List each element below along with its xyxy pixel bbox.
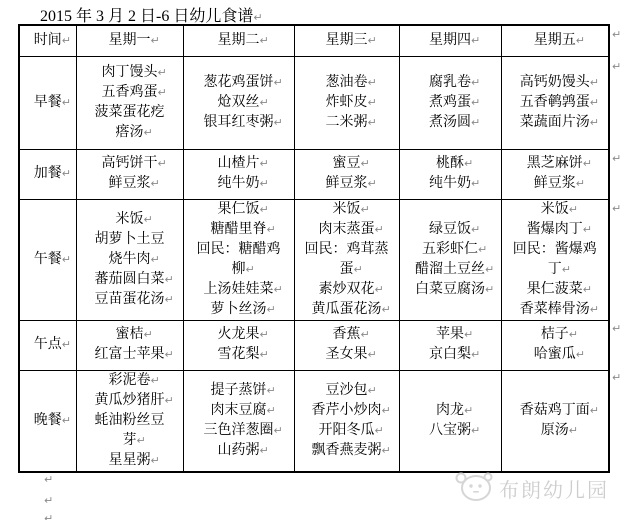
cell-morning-snack-tuesday: 山楂片↵纯牛奶↵ (183, 149, 294, 199)
cell-afternoon-snack-monday: 蜜桔↵红富士苹果↵ (76, 320, 183, 370)
header-row: 时间↵ 星期一↵ 星期二↵ 星期三↵ 星期四↵ 星期五↵ (19, 25, 609, 56)
cell-lunch-tuesday: 果仁饭↵糖醋里脊↵回民：糖醋鸡柳↵上汤娃娃菜↵萝卜丝汤↵ (183, 199, 294, 320)
row-lunch: 午餐↵ 米饭↵胡萝卜土豆烧牛肉↵蕃茄圆白菜↵豆苗蛋花汤↵ 果仁饭↵糖醋里脊↵回民… (19, 199, 609, 320)
header-thursday: 星期四↵ (399, 25, 501, 56)
paragraph-mark: ↵ (612, 28, 621, 41)
paragraph-mark: ↵ (44, 494, 53, 507)
cell-breakfast-thursday: 腐乳卷↵煮鸡蛋↵煮汤圆↵ (399, 56, 501, 149)
kindergarten-watermark: 布朗幼儿园 (499, 474, 609, 503)
meal-label-morning-snack: 加餐↵ (19, 149, 76, 199)
cell-breakfast-friday: 高钙奶馒头↵五香鹌鹑蛋↵菜蔬面片汤↵ (501, 56, 609, 149)
paragraph-mark: ↵ (44, 512, 53, 520)
cell-afternoon-snack-thursday: 苹果↵京白梨↵ (399, 320, 501, 370)
page-title-text: 2015 年 3 月 2 日-6 日幼儿食谱 (40, 8, 253, 25)
meal-label-breakfast: 早餐↵ (19, 56, 76, 149)
menu-table: 时间↵ 星期一↵ 星期二↵ 星期三↵ 星期四↵ 星期五↵ 早餐↵ 肉丁馒头↵五香… (18, 24, 610, 473)
cell-lunch-thursday: 绿豆饭↵五彩虾仁↵醋溜土豆丝↵白菜豆腐汤↵ (399, 199, 501, 320)
cell-afternoon-snack-tuesday: 火龙果↵雪花梨↵ (183, 320, 294, 370)
cell-morning-snack-friday: 黑芝麻饼↵鲜豆浆↵ (501, 149, 609, 199)
header-monday: 星期一↵ (76, 25, 183, 56)
paragraph-mark: ↵ (612, 152, 621, 165)
document-page: 2015 年 3 月 2 日-6 日幼儿食谱↵ 时间↵ 星期一↵ 星期二↵ 星期… (0, 0, 625, 520)
cell-afternoon-snack-wednesday: 香蕉↵圣女果↵ (294, 320, 399, 370)
header-friday: 星期五↵ (501, 25, 609, 56)
header-wednesday: 星期三↵ (294, 25, 399, 56)
cell-dinner-friday: 香菇鸡丁面↵原汤↵ (501, 370, 609, 472)
row-afternoon-snack: 午点↵ 蜜桔↵红富士苹果↵ 火龙果↵雪花梨↵ 香蕉↵圣女果↵ 苹果↵京白梨↵ 桔… (19, 320, 609, 370)
cell-breakfast-wednesday: 葱油卷↵炸虾皮↵二米粥↵ (294, 56, 399, 149)
header-time: 时间↵ (19, 25, 76, 56)
paragraph-mark: ↵ (612, 202, 621, 215)
meal-label-lunch: 午餐↵ (19, 199, 76, 320)
meal-label-dinner: 晚餐↵ (19, 370, 76, 472)
row-breakfast: 早餐↵ 肉丁馒头↵五香鸡蛋↵菠菜蛋花疙瘩汤↵ 葱花鸡蛋饼↵炝双丝↵银耳红枣粥↵ … (19, 56, 609, 149)
header-tuesday: 星期二↵ (183, 25, 294, 56)
cell-lunch-wednesday: 米饭↵肉末蒸蛋↵回民：鸡茸蒸蛋↵素炒双花↵黄瓜蛋花汤↵ (294, 199, 399, 320)
cell-lunch-monday: 米饭↵胡萝卜土豆烧牛肉↵蕃茄圆白菜↵豆苗蛋花汤↵ (76, 199, 183, 320)
cell-morning-snack-monday: 高钙饼干↵鲜豆浆↵ (76, 149, 183, 199)
cell-morning-snack-wednesday: 蜜豆↵鲜豆浆↵ (294, 149, 399, 199)
cell-lunch-friday: 米饭↵酱爆肉丁↵回民：酱爆鸡丁↵果仁菠菜↵香菜棒骨汤↵ (501, 199, 609, 320)
paragraph-mark: ↵ (612, 322, 621, 335)
cell-dinner-monday: 彩泥卷↵黄瓜炒猪肝↵蚝油粉丝豆芽↵星星粥↵ (76, 370, 183, 472)
cell-afternoon-snack-friday: 桔子↵哈蜜瓜↵ (501, 320, 609, 370)
paragraph-mark: ↵ (612, 60, 621, 73)
page-title: 2015 年 3 月 2 日-6 日幼儿食谱↵ (40, 3, 253, 26)
cell-dinner-wednesday: 豆沙包↵香芹小炒肉↵开阳冬瓜↵飘香燕麦粥↵ (294, 370, 399, 472)
row-dinner: 晚餐↵ 彩泥卷↵黄瓜炒猪肝↵蚝油粉丝豆芽↵星星粥↵ 提子蒸饼↵肉末豆腐↵三色洋葱… (19, 370, 609, 472)
kindergarten-logo-icon (452, 469, 498, 505)
cell-morning-snack-thursday: 桃酥↵纯牛奶↵ (399, 149, 501, 199)
cell-dinner-thursday: 肉龙↵八宝粥↵ (399, 370, 501, 472)
paragraph-mark: ↵ (612, 371, 621, 384)
cell-breakfast-monday: 肉丁馒头↵五香鸡蛋↵菠菜蛋花疙瘩汤↵ (76, 56, 183, 149)
paragraph-mark: ↵ (44, 473, 53, 486)
cell-dinner-tuesday: 提子蒸饼↵肉末豆腐↵三色洋葱圈↵山药粥↵ (183, 370, 294, 472)
meal-label-afternoon-snack: 午点↵ (19, 320, 76, 370)
cell-breakfast-tuesday: 葱花鸡蛋饼↵炝双丝↵银耳红枣粥↵ (183, 56, 294, 149)
row-morning-snack: 加餐↵ 高钙饼干↵鲜豆浆↵ 山楂片↵纯牛奶↵ 蜜豆↵鲜豆浆↵ 桃酥↵纯牛奶↵ 黑… (19, 149, 609, 199)
